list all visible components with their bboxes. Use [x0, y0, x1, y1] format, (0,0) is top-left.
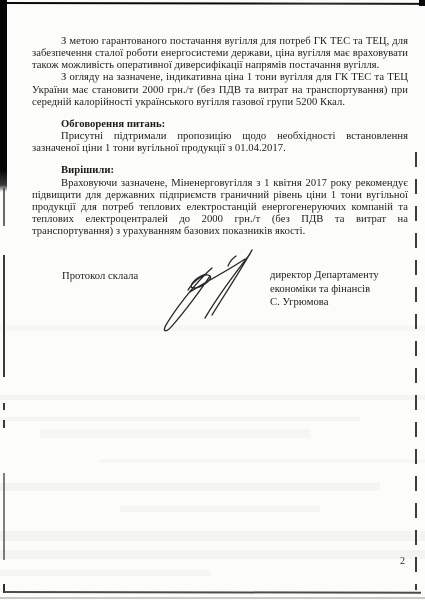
- page-number: 2: [400, 556, 405, 567]
- signer-name: С. Угрюмова: [270, 296, 379, 310]
- scan-edge-left-segment: [3, 403, 5, 410]
- signature-icon: [150, 228, 262, 340]
- protocol-author-label: Протокол склала: [62, 271, 138, 282]
- scan-corner-top-right: [419, 0, 425, 6]
- document-body: З метою гарантованого постачання вугілля…: [32, 36, 408, 238]
- scan-edge-left-segment: [3, 255, 5, 377]
- paragraph-intro: З метою гарантованого постачання вугілля…: [32, 36, 408, 72]
- scan-edge-bottom-faint: [0, 597, 425, 599]
- scan-noise-band: [0, 395, 425, 400]
- scan-noise-band: [0, 570, 210, 576]
- scan-noise-band: [0, 531, 425, 541]
- paragraph-price: З огляду на зазначене, індикативна ціна …: [32, 72, 408, 108]
- signer-title-line1: директор Департаменту: [270, 269, 379, 283]
- scan-noise-band: [40, 429, 310, 438]
- scan-noise-band: [100, 459, 425, 463]
- scan-edge-left-segment: [3, 473, 5, 560]
- heading-discussion: Обговорення питань:: [32, 119, 408, 131]
- scan-noise-band: [0, 483, 380, 491]
- scan-edge-left-segment: [3, 188, 5, 226]
- heading-decision: Вирішили:: [32, 165, 408, 177]
- scan-edge-bottom: [4, 591, 421, 594]
- document-page: З метою гарантованого постачання вугілля…: [0, 0, 425, 600]
- paragraph-discussion: Присутні підтримали пропозицію щодо необ…: [32, 131, 408, 155]
- scan-edge-top: [4, 2, 425, 5]
- scan-corner-bottom-left: [3, 584, 5, 593]
- signer-block: директор Департаменту економіки та фінан…: [270, 269, 379, 310]
- scan-noise-band: [120, 506, 320, 512]
- signer-title-line2: економіки та фінансів: [270, 283, 379, 297]
- scan-edge-right-dashed: [415, 152, 417, 590]
- scan-noise-band: [0, 417, 360, 421]
- scan-edge-left-strip: [0, 0, 7, 192]
- scan-noise-band: [0, 550, 425, 559]
- scan-edge-left-segment: [3, 420, 5, 428]
